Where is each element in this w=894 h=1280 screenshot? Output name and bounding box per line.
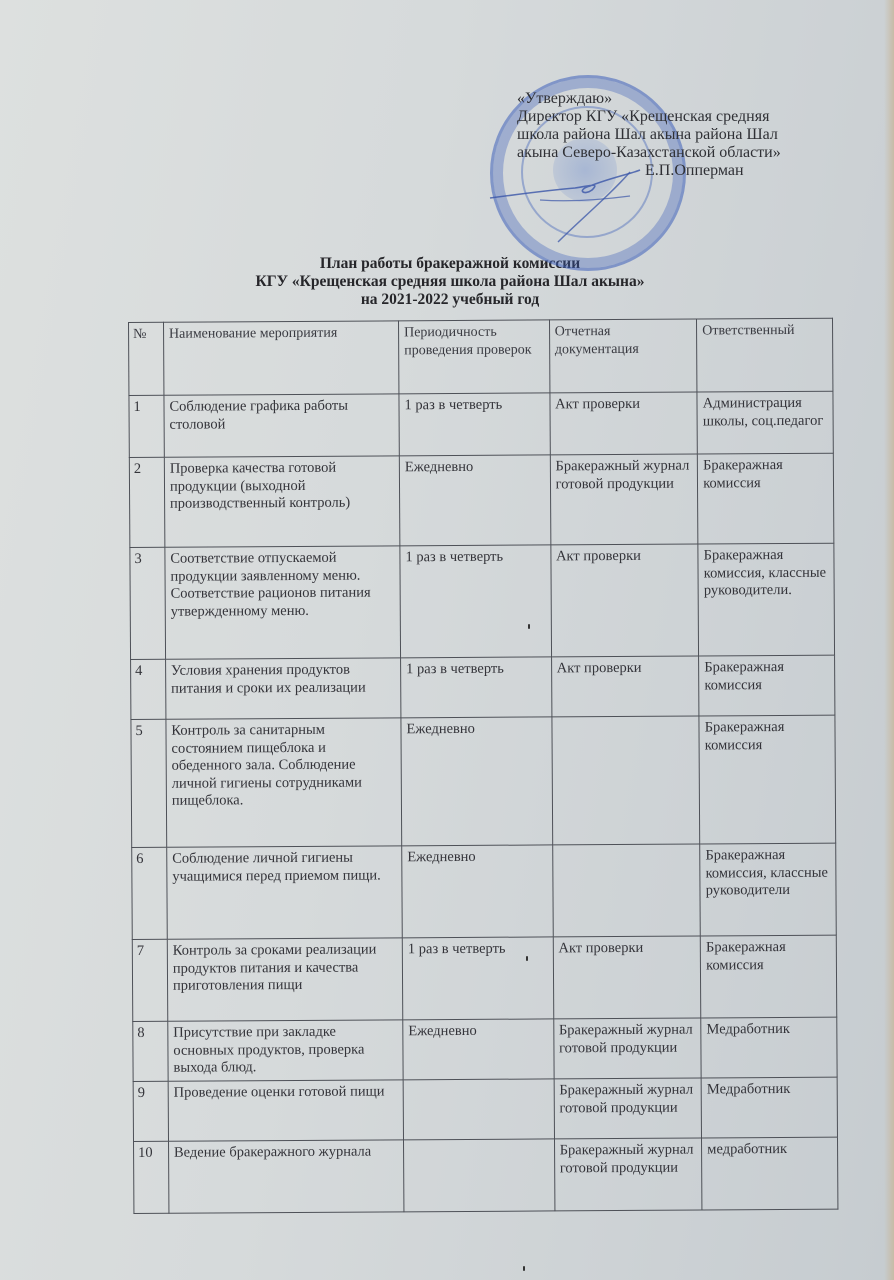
approval-heading: «Утверждаю» bbox=[517, 90, 847, 108]
row-documentation: Акт проверки bbox=[553, 936, 701, 1019]
row-periodicity: 1 раз в четверть bbox=[401, 657, 552, 718]
ink-mark bbox=[526, 956, 528, 961]
row-documentation: Бракеражный журнал готовой продукции bbox=[554, 1078, 702, 1139]
table-row: 10Ведение бракеражного журналаБракеражны… bbox=[134, 1137, 838, 1213]
row-num: 3 bbox=[130, 547, 166, 659]
row-periodicity: Ежедневно bbox=[399, 455, 550, 546]
row-responsible: Бракеражная комиссия bbox=[699, 715, 836, 844]
row-periodicity: 1 раз в четверть bbox=[399, 393, 550, 456]
row-responsible: Медработник bbox=[701, 1017, 837, 1078]
row-periodicity: Ежедневно bbox=[401, 717, 552, 846]
row-documentation: Акт проверки bbox=[551, 656, 699, 717]
table-row: 6Соблюдение личной гигиены учащимися пер… bbox=[132, 843, 837, 939]
header-responsible: Ответственный bbox=[697, 318, 833, 392]
row-periodicity: 1 раз в четверть bbox=[402, 937, 553, 1020]
row-documentation bbox=[552, 716, 700, 845]
row-activity: Ведение бракеражного журнала bbox=[168, 1140, 404, 1213]
ink-mark bbox=[528, 624, 530, 629]
row-responsible: Бракеражная комиссия, классные руководит… bbox=[698, 543, 834, 656]
table-row: 7Контроль за сроками реализации продукто… bbox=[132, 935, 836, 1021]
row-periodicity: 1 раз в четверть bbox=[400, 545, 551, 658]
row-activity: Соблюдение графика работы столовой bbox=[164, 394, 399, 457]
row-responsible: Администрация школы, соц.педагог bbox=[697, 391, 833, 454]
row-responsible: Медработник bbox=[701, 1077, 837, 1138]
table-row: 8Присутствие при закладке основных проду… bbox=[133, 1017, 837, 1081]
header-name: Наименование мероприятия bbox=[163, 321, 399, 395]
commission-plan-table: № Наименование мероприятия Периодичность… bbox=[128, 318, 838, 1214]
row-activity: Соответствие отпускаемой продукции заявл… bbox=[165, 546, 401, 659]
row-responsible: Бракеражная комиссия, классные руководит… bbox=[700, 843, 836, 936]
table-row: 2Проверка качества готовой продукции (вы… bbox=[129, 453, 834, 547]
title-line-3: на 2021-2022 учебный год bbox=[200, 291, 700, 309]
row-documentation: Бракеражный журнал готовой продукции bbox=[550, 454, 698, 545]
row-activity: Условия хранения продуктов питания и сро… bbox=[165, 658, 400, 719]
approval-line-2: школа района Шал акына района Шал bbox=[517, 126, 847, 144]
row-documentation: Бракеражный журнал готовой продукции bbox=[553, 1018, 701, 1079]
row-responsible: Бракеражная комиссия bbox=[699, 655, 835, 716]
row-activity: Проверка качества готовой продукции (вых… bbox=[164, 456, 400, 547]
row-num: 8 bbox=[133, 1021, 168, 1081]
row-activity: Присутствие при закладке основных продук… bbox=[168, 1020, 403, 1081]
row-activity: Контроль за санитарным состоянием пищебл… bbox=[166, 718, 402, 847]
row-periodicity: Ежедневно bbox=[403, 1019, 554, 1080]
row-periodicity bbox=[403, 1079, 554, 1140]
row-num: 1 bbox=[129, 395, 164, 457]
document-page: «Утверждаю» Директор КГУ «Крещенская сре… bbox=[0, 0, 894, 1280]
row-num: 4 bbox=[131, 659, 166, 719]
table-row: 1Соблюдение графика работы столовой1 раз… bbox=[129, 391, 833, 457]
row-periodicity: Ежедневно bbox=[402, 845, 553, 938]
row-documentation: Акт проверки bbox=[550, 392, 698, 455]
row-responsible: Бракеражная комиссия bbox=[698, 453, 834, 544]
row-num: 9 bbox=[133, 1081, 168, 1141]
row-responsible: медработник bbox=[702, 1137, 838, 1210]
signature-icon bbox=[480, 160, 680, 250]
table-row: 5Контроль за санитарным состоянием пищеб… bbox=[131, 715, 836, 847]
row-periodicity bbox=[404, 1139, 555, 1212]
table-row: 4Условия хранения продуктов питания и ср… bbox=[131, 655, 835, 719]
row-activity: Соблюдение личной гигиены учащимися пере… bbox=[167, 846, 403, 939]
table-row: 3Соответствие отпускаемой продукции заяв… bbox=[130, 543, 835, 659]
approval-line-1: Директор КГУ «Крещенская средняя bbox=[517, 108, 847, 126]
table-header-row: № Наименование мероприятия Периодичность… bbox=[129, 318, 833, 395]
row-documentation: Акт проверки bbox=[550, 544, 698, 657]
row-num: 5 bbox=[131, 719, 167, 847]
row-num: 6 bbox=[132, 847, 167, 939]
title-line-2: КГУ «Крещенская средняя школа района Шал… bbox=[200, 273, 700, 291]
row-num: 10 bbox=[134, 1141, 169, 1213]
paper-edge bbox=[884, 0, 894, 1280]
row-activity: Проведение оценки готовой пищи bbox=[168, 1080, 403, 1141]
row-activity: Контроль за сроками реализации продуктов… bbox=[167, 938, 403, 1021]
row-responsible: Бракеражная комиссия bbox=[700, 935, 836, 1018]
header-periodicity: Периодичность проведения проверок bbox=[399, 320, 550, 394]
row-documentation bbox=[552, 844, 700, 937]
row-num: 2 bbox=[129, 457, 164, 547]
header-documentation: Отчетная документация bbox=[549, 319, 697, 393]
row-documentation: Бракеражный журнал готовой продукции bbox=[554, 1138, 702, 1211]
ink-mark bbox=[523, 1266, 525, 1271]
table-row: 9Проведение оценки готовой пищиБракеражн… bbox=[133, 1077, 837, 1141]
row-num: 7 bbox=[132, 939, 167, 1021]
header-num: № bbox=[129, 322, 164, 395]
